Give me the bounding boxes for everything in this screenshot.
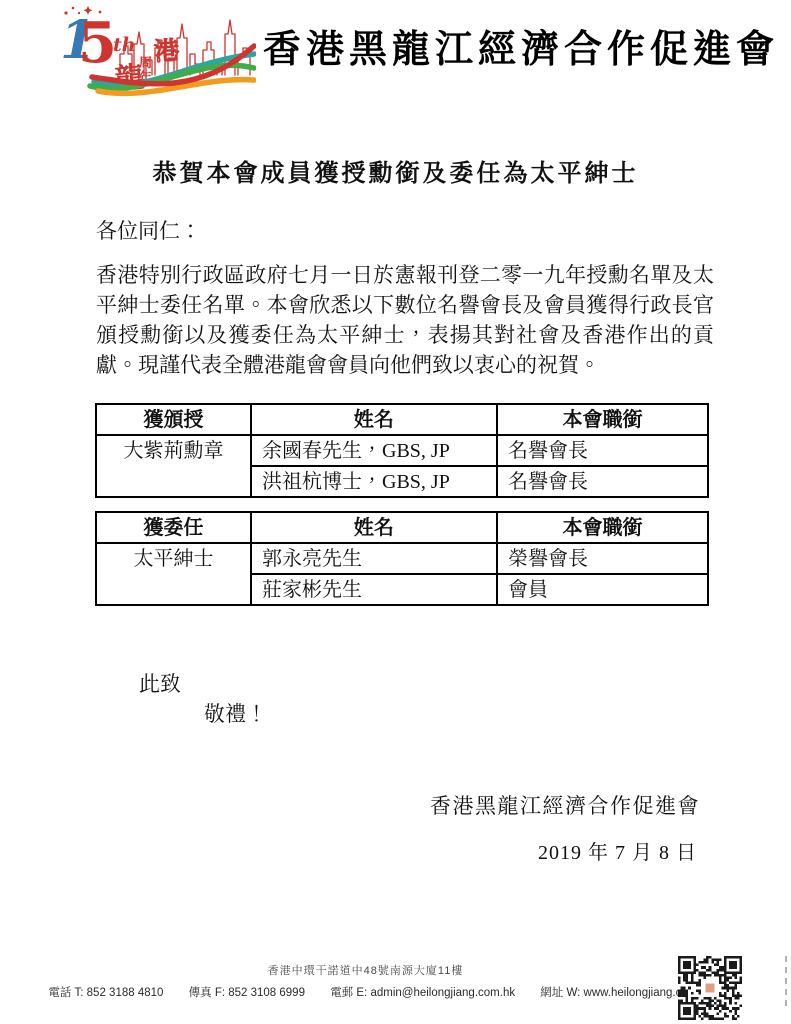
qr-code (678, 956, 742, 1020)
footer-fax: 傳真 F: 852 3108 6999 (189, 987, 305, 999)
award-category: 大紫荊勳章 (96, 435, 251, 497)
body-paragraph: 香港特別行政區政府七月一日於憲報刊登二零一九年授勳名單及太平紳士委任名單。本會欣… (96, 260, 714, 380)
scan-artifact (785, 956, 787, 1006)
member-name: 郭永亮先生 (251, 543, 497, 574)
signature-org: 香港黑龍江經濟合作促進會 (430, 790, 700, 820)
logo-number-5: 5 (78, 10, 117, 76)
title-col-header: 本會職銜 (497, 404, 708, 435)
member-name: 洪祖杭博士，GBS, JP (251, 466, 497, 497)
letter-date: 2019 年 7 月 8 日 (538, 836, 697, 865)
footer-phone: 電話 T: 852 3188 4810 (48, 987, 163, 999)
footer-email: 電郵 E: admin@heilongjiang.com.hk (330, 987, 515, 999)
table-header-row: 獲委任 姓名 本會職銜 (96, 512, 708, 543)
appointment-category: 太平紳士 (96, 543, 251, 605)
title-col-header: 本會職銜 (497, 512, 708, 543)
table-header-row: 獲頒授 姓名 本會職銜 (96, 404, 708, 435)
letter-page: 1 5 th 周 年 港 龍 香港黑龍江經濟合作促進會 (0, 0, 791, 1024)
15th-anniversary-logo: 1 5 th 周 年 港 龍 (58, 4, 256, 102)
member-title: 榮譽會長 (497, 543, 708, 574)
salutation: 各位同仁： (96, 216, 201, 246)
qr-finder-top-right (724, 956, 742, 974)
logo-calligraphy-gang: 港 (153, 37, 180, 67)
footer-address: 香港中環干諾道中48號南源大廈11樓 (0, 962, 731, 978)
member-title: 名譽會長 (497, 466, 708, 497)
name-col-header: 姓名 (251, 404, 497, 435)
footer-contacts: 電話 T: 852 3188 4810 傳真 F: 852 3108 6999 … (0, 984, 761, 1000)
closing-phrase: 此致 (139, 668, 181, 698)
member-name: 余國春先生，GBS, JP (251, 435, 497, 466)
name-col-header: 姓名 (251, 512, 497, 543)
appointment-col-header: 獲委任 (96, 512, 251, 543)
award-table: 獲頒授 姓名 本會職銜 大紫荊勳章 余國春先生，GBS, JP 名譽會長 洪祖杭… (95, 403, 709, 498)
table-row: 大紫荊勳章 余國春先生，GBS, JP 名譽會長 (96, 435, 708, 466)
closing-salute: 敬禮！ (204, 698, 267, 728)
appointment-table: 獲委任 姓名 本會職銜 太平紳士 郭永亮先生 榮譽會長 莊家彬先生 會員 (95, 511, 709, 606)
qr-finder-top-left (678, 956, 696, 974)
table-row: 太平紳士 郭永亮先生 榮譽會長 (96, 543, 708, 574)
member-title: 名譽會長 (497, 435, 708, 466)
qr-center-logo (706, 984, 715, 993)
award-col-header: 獲頒授 (96, 404, 251, 435)
org-name: 香港黑龍江經濟合作促進會 (263, 26, 779, 74)
member-name: 莊家彬先生 (251, 574, 497, 605)
doc-title: 恭賀本會成員獲授勳銜及委任為太平紳士 (0, 153, 791, 188)
member-title: 會員 (497, 574, 708, 605)
qr-finder-bottom-left (678, 1002, 696, 1020)
